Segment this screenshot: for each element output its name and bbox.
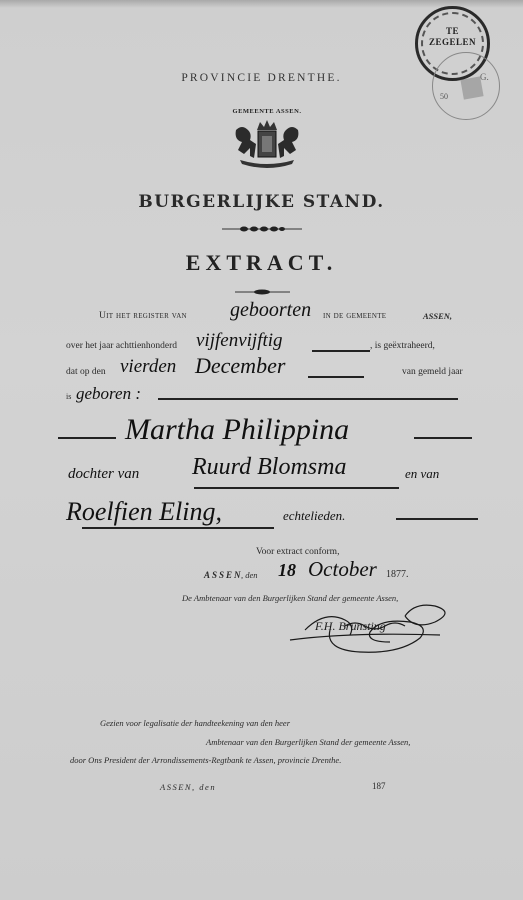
child-name-handwritten: Martha Philippina [125,413,349,447]
legalisation-line1: Gezien voor legalisatie der handteekenin… [100,718,290,728]
married-couple-handwritten: echtelieden. [283,508,345,524]
date-suffix: van gemeld jaar [402,367,463,377]
cert-year: 1877. [386,569,409,580]
mother-underline [82,527,274,529]
secondary-stamp-number: 50 [440,92,448,101]
year-handwritten: vijfenvijftig [196,330,283,352]
fill-line [58,437,116,439]
cert-month-handwritten: October [308,557,377,582]
conform-text: Voor extract conform, [256,547,339,557]
fill-line [414,437,472,439]
born-handwritten: geboren : [76,384,141,404]
fill-line [396,518,478,520]
fill-line [158,398,458,400]
cert-den: , den [241,570,258,580]
registry-heading: BURGERLIJKE STAND. [0,192,523,212]
birth-certificate-extract: TE ZEGELEN 50 G. PROVINCIE DRENTHE. GEME… [0,0,523,900]
birth-day-handwritten: vierden [120,356,176,378]
tax-stamp-text: TE ZEGELEN [415,26,490,48]
register-suffix: in de gemeente [323,311,386,321]
fill-line [312,350,370,352]
coat-of-arms-icon [222,108,312,178]
mother-name-handwritten: Roelfien Eling, [66,497,222,527]
divider-ornament-icon [222,224,302,234]
register-prefix: Uit het register van [99,311,187,321]
legalisation-line2: Ambtenaar van den Burgerlijken Stand der… [206,737,410,747]
father-name-handwritten: Ruurd Blomsma [192,454,346,481]
father-underline [194,487,399,489]
legalisation-line3: door Ons President der Arrondissements-R… [70,755,341,765]
and-of-handwritten: en van [405,466,439,482]
daughter-of-handwritten: dochter van [68,466,139,483]
small-ornament-icon [235,288,290,296]
signature-icon: F.H. Brunsting [285,600,465,660]
svg-text:F.H. Brunsting: F.H. Brunsting [314,619,386,633]
municipality: ASSEN, [423,311,452,321]
date-prefix: dat op den [66,367,106,377]
birth-month-handwritten: December [195,353,285,379]
document-title: EXTRACT. [0,250,523,276]
cert-day-handwritten: 18 [278,560,296,581]
year-suffix: , is geëxtraheerd, [370,341,435,351]
register-type-handwritten: geboorten [230,299,311,322]
year-prefix: over het jaar achttienhonderd [66,341,177,351]
born-prefix: is [66,392,71,401]
legalisation-place: ASSEN, den [160,782,216,792]
fill-line [308,376,364,378]
legalisation-year: 187 [372,781,386,791]
province-heading: PROVINCIE DRENTHE. [0,72,523,84]
cert-place: ASSEN [204,570,243,580]
